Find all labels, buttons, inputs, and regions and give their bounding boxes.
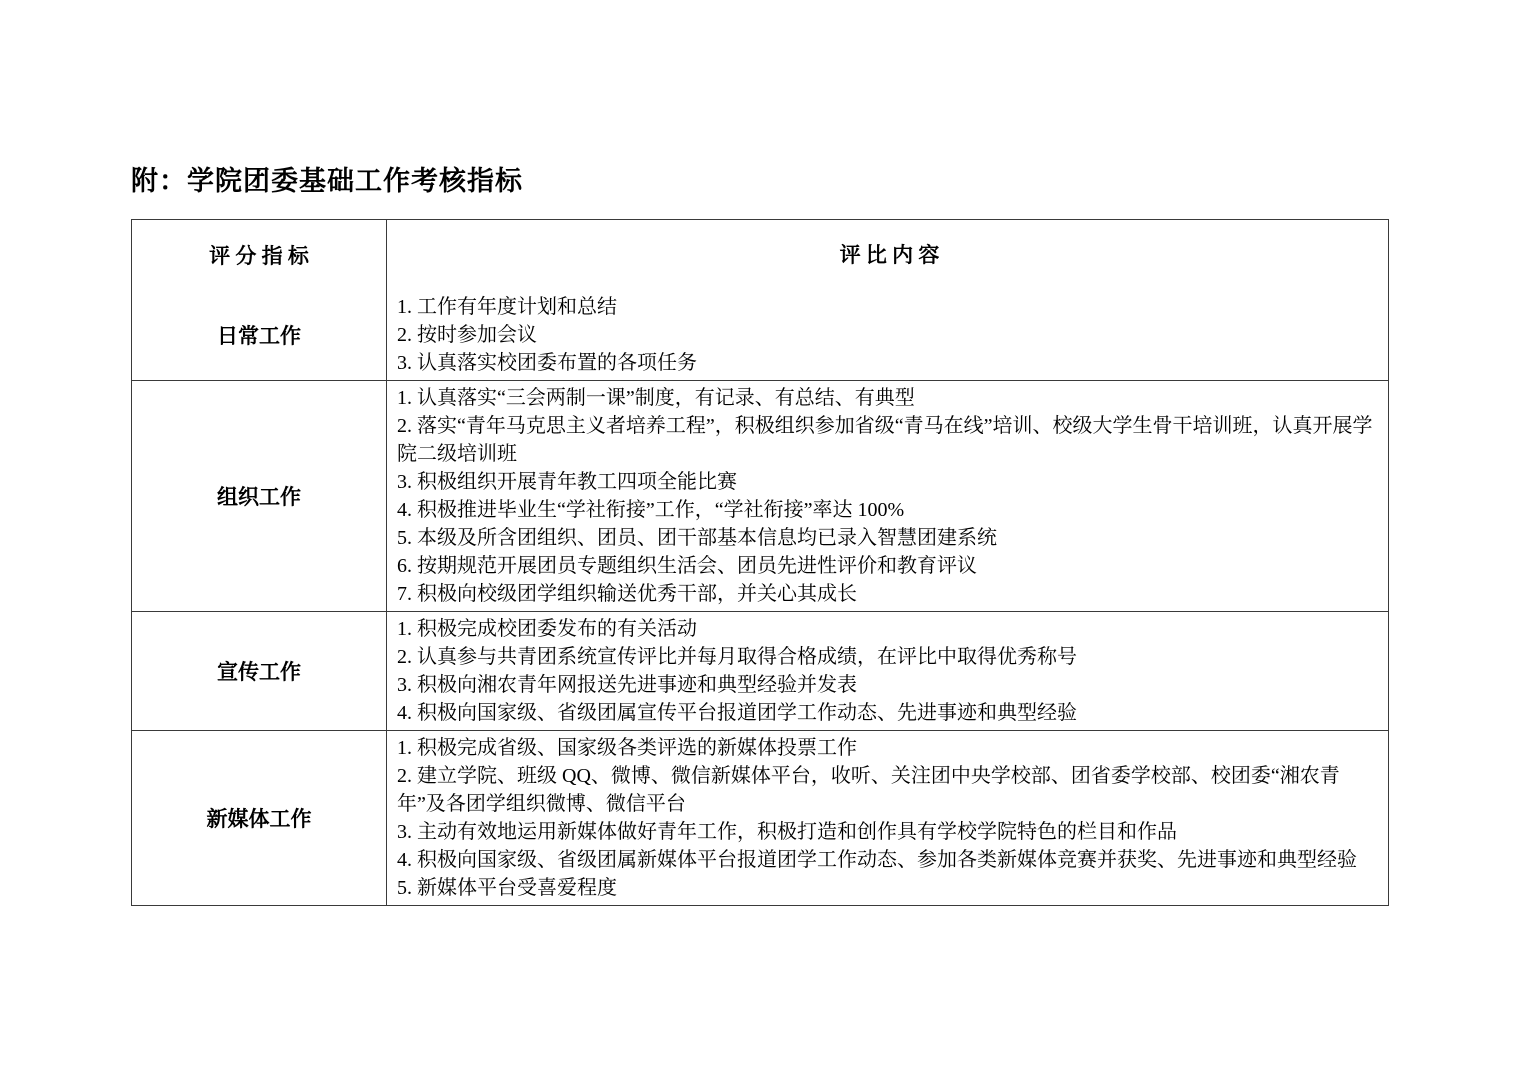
table-body: 日常工作1. 工作有年度计划和总结2. 按时参加会议3. 认真落实校团委布置的各… xyxy=(132,290,1388,905)
assessment-table: 评 分 指 标 评 比 内 容 日常工作1. 工作有年度计划和总结2. 按时参加… xyxy=(131,219,1389,906)
table-row: 宣传工作1. 积极完成校团委发布的有关活动2. 认真参与共青团系统宣传评比并每月… xyxy=(132,611,1388,730)
content-item: 5. 新媒体平台受喜爱程度 xyxy=(397,874,1382,902)
row-content: 1. 认真落实“三会两制一课”制度，有记录、有总结、有典型2. 落实“青年马克思… xyxy=(387,381,1388,611)
header-score-indicator: 评 分 指 标 xyxy=(132,220,387,290)
content-item: 4. 积极向国家级、省级团属新媒体平台报道团学工作动态、参加各类新媒体竞赛并获奖… xyxy=(397,846,1382,874)
content-item: 3. 积极向湘农青年网报送先进事迹和典型经验并发表 xyxy=(397,671,1382,699)
content-item: 5. 本级及所含团组织、团员、团干部基本信息均已录入智慧团建系统 xyxy=(397,524,1382,552)
row-label: 日常工作 xyxy=(132,290,387,380)
table-header-row: 评 分 指 标 评 比 内 容 xyxy=(132,220,1388,290)
content-item: 2. 建立学院、班级 QQ、微博、微信新媒体平台，收听、关注团中央学校部、团省委… xyxy=(397,762,1382,818)
content-item: 3. 认真落实校团委布置的各项任务 xyxy=(397,349,1382,377)
content-item: 6. 按期规范开展团员专题组织生活会、团员先进性评价和教育评议 xyxy=(397,552,1382,580)
content-item: 2. 落实“青年马克思主义者培养工程”，积极组织参加省级“青马在线”培训、校级大… xyxy=(397,412,1382,468)
content-item: 7. 积极向校级团学组织输送优秀干部，并关心其成长 xyxy=(397,580,1382,608)
content-item: 1. 工作有年度计划和总结 xyxy=(397,293,1382,321)
page-title: 附：学院团委基础工作考核指标 xyxy=(131,163,523,199)
table-row: 日常工作1. 工作有年度计划和总结2. 按时参加会议3. 认真落实校团委布置的各… xyxy=(132,290,1388,380)
table-row: 组织工作1. 认真落实“三会两制一课”制度，有记录、有总结、有典型2. 落实“青… xyxy=(132,380,1388,611)
row-label: 宣传工作 xyxy=(132,612,387,730)
row-label: 组织工作 xyxy=(132,381,387,611)
content-item: 3. 主动有效地运用新媒体做好青年工作，积极打造和创作具有学校学院特色的栏目和作… xyxy=(397,818,1382,846)
content-item: 3. 积极组织开展青年教工四项全能比赛 xyxy=(397,468,1382,496)
row-content: 1. 积极完成校团委发布的有关活动2. 认真参与共青团系统宣传评比并每月取得合格… xyxy=(387,612,1388,730)
content-item: 1. 积极完成校团委发布的有关活动 xyxy=(397,615,1382,643)
content-item: 1. 认真落实“三会两制一课”制度，有记录、有总结、有典型 xyxy=(397,384,1382,412)
document-page: 附：学院团委基础工作考核指标 评 分 指 标 评 比 内 容 日常工作1. 工作… xyxy=(0,0,1520,1074)
content-item: 4. 积极推进毕业生“学社衔接”工作，“学社衔接”率达 100% xyxy=(397,496,1382,524)
table-row: 新媒体工作1. 积极完成省级、国家级各类评选的新媒体投票工作2. 建立学院、班级… xyxy=(132,730,1388,905)
row-label: 新媒体工作 xyxy=(132,731,387,905)
content-item: 2. 按时参加会议 xyxy=(397,321,1382,349)
row-content: 1. 工作有年度计划和总结2. 按时参加会议3. 认真落实校团委布置的各项任务 xyxy=(387,290,1388,380)
content-item: 4. 积极向国家级、省级团属宣传平台报道团学工作动态、先进事迹和典型经验 xyxy=(397,699,1382,727)
row-content: 1. 积极完成省级、国家级各类评选的新媒体投票工作2. 建立学院、班级 QQ、微… xyxy=(387,731,1388,905)
content-item: 1. 积极完成省级、国家级各类评选的新媒体投票工作 xyxy=(397,734,1382,762)
header-evaluation-content: 评 比 内 容 xyxy=(387,220,1388,290)
content-item: 2. 认真参与共青团系统宣传评比并每月取得合格成绩，在评比中取得优秀称号 xyxy=(397,643,1382,671)
